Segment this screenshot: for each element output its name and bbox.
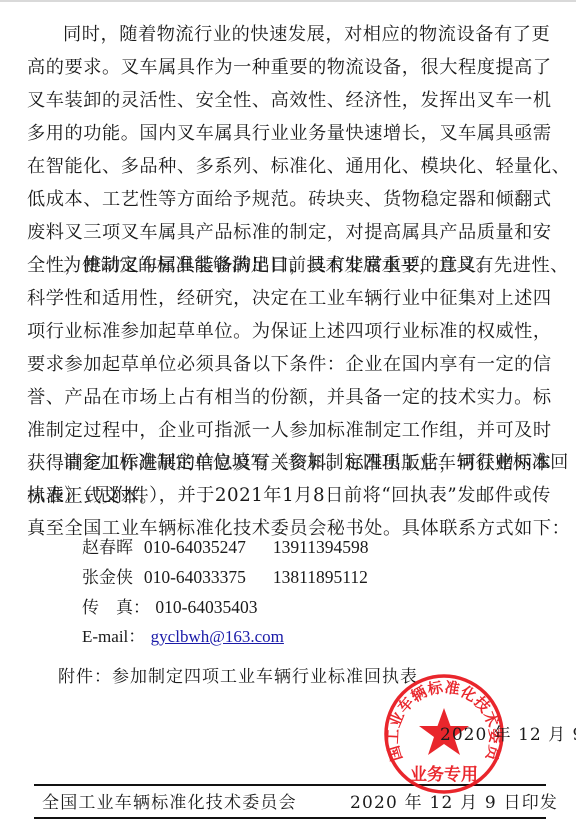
text-line: 科学性和适用性，经研究，决定在工业车辆行业中征集对上述四 xyxy=(27,282,552,315)
contact-row: 张金侠 010-64033375 13811895112 xyxy=(82,562,368,592)
text-line: 高的要求。叉车属具作为一种重要的物流设备，很大程度提高了 xyxy=(27,51,552,84)
footer-bottom-rule xyxy=(34,817,546,819)
contact-phone: 010-64033375 xyxy=(144,567,246,587)
contact-phone: 010-64035247 xyxy=(144,537,246,557)
text-line: 同时，随着物流行业的快速发展，对相应的物流设备有了更 xyxy=(63,18,550,51)
email-link[interactable]: gyclbwh@163.com xyxy=(151,627,284,646)
text-line: 要求参加起草单位必须具备以下条件：企业在国内享有一定的信 xyxy=(27,348,552,381)
text-line: 为使制定的标准能够满足目前技术发展水平，且具有先进性、 xyxy=(63,249,569,282)
attachment-note: 附件：参加制定四项工业车辆行业标准回执表 xyxy=(58,662,418,687)
contact-mobile: 13911394598 xyxy=(273,537,369,557)
fax-number: 010-64035403 xyxy=(155,597,257,617)
text-line: 誉、产品在市场上占有相当的份额，并具备一定的技术实力。标 xyxy=(27,381,552,414)
svg-text:业务专用: 业务专用 xyxy=(410,764,478,785)
text-line: 低成本、工艺性等方面给予规范。砖块夹、货物稳定器和倾翻式 xyxy=(27,183,552,216)
text-line: 准制定过程中，企业可指派一人参加标准制定工作组，并可及时 xyxy=(27,414,552,447)
contact-name: 赵春晖 xyxy=(82,538,133,558)
issue-date: 2020 年 12 月 9 日 xyxy=(440,720,576,745)
footer-issued-date: 2020 年 12 月 9 日印发 xyxy=(350,788,558,813)
text-line: 在智能化、多品种、多系列、标准化、通用化、模块化、轻量化、 xyxy=(27,150,570,183)
fax-row: 传 真： 010-64035403 xyxy=(82,592,257,622)
email-row: E-mail： gyclbwh@163.com xyxy=(82,622,284,652)
text-line: 叉车装卸的灵活性、安全性、高效性、经济性，发挥出叉车一机 xyxy=(27,84,552,117)
text-line: 多用的功能。国内叉车属具行业业务量快速增长，叉车属具亟需 xyxy=(27,117,552,150)
email-label: E-mail： xyxy=(82,627,145,646)
text-line: 废料叉三项叉车属具产品标准的制定，对提高属具产品质量和安 xyxy=(27,216,552,249)
contact-mobile: 13811895112 xyxy=(273,567,368,587)
contact-name: 张金侠 xyxy=(82,568,133,588)
text-line: 项行业标准参加起草单位。为保证上述四项行业标准的权威性， xyxy=(27,315,552,348)
text-line: 执表》（见附件），并于2021年1月8日前将“回执表”发邮件或传 xyxy=(27,479,551,512)
top-border xyxy=(0,0,576,2)
contact-row: 赵春晖 010-64035247 13911394598 xyxy=(82,532,369,562)
text-line: 请参加标准制定单位填写《参加制定四项工业车辆行业标准回 xyxy=(63,446,569,479)
fax-label: 传 真： xyxy=(82,598,150,618)
footer-issuer: 全国工业车辆标准化技术委员会 xyxy=(42,788,297,813)
